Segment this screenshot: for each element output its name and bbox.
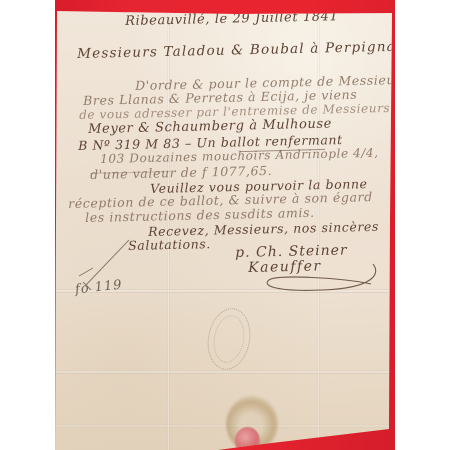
fold-crease-horizontal xyxy=(55,370,395,374)
blind-stamp xyxy=(203,305,255,373)
date-line: Ribeauvillé, le 29 Juillet 1841 xyxy=(125,9,339,29)
auction-photo-frame: Ribeauvillé, le 29 Juillet 1841 Messieur… xyxy=(0,0,450,450)
wax-seal xyxy=(235,427,260,450)
fold-crease-horizontal xyxy=(55,424,395,428)
signature-flourish xyxy=(223,258,383,298)
letter-photo: Ribeauvillé, le 29 Juillet 1841 Messieur… xyxy=(55,0,395,450)
blind-stamp-inner-ring xyxy=(210,313,248,365)
body-line: Salutations. xyxy=(128,236,211,253)
address-line: Messieurs Taladou & Boubal à Perpignan xyxy=(77,39,395,62)
letter-paper: Ribeauvillé, le 29 Juillet 1841 Messieur… xyxy=(55,0,395,450)
